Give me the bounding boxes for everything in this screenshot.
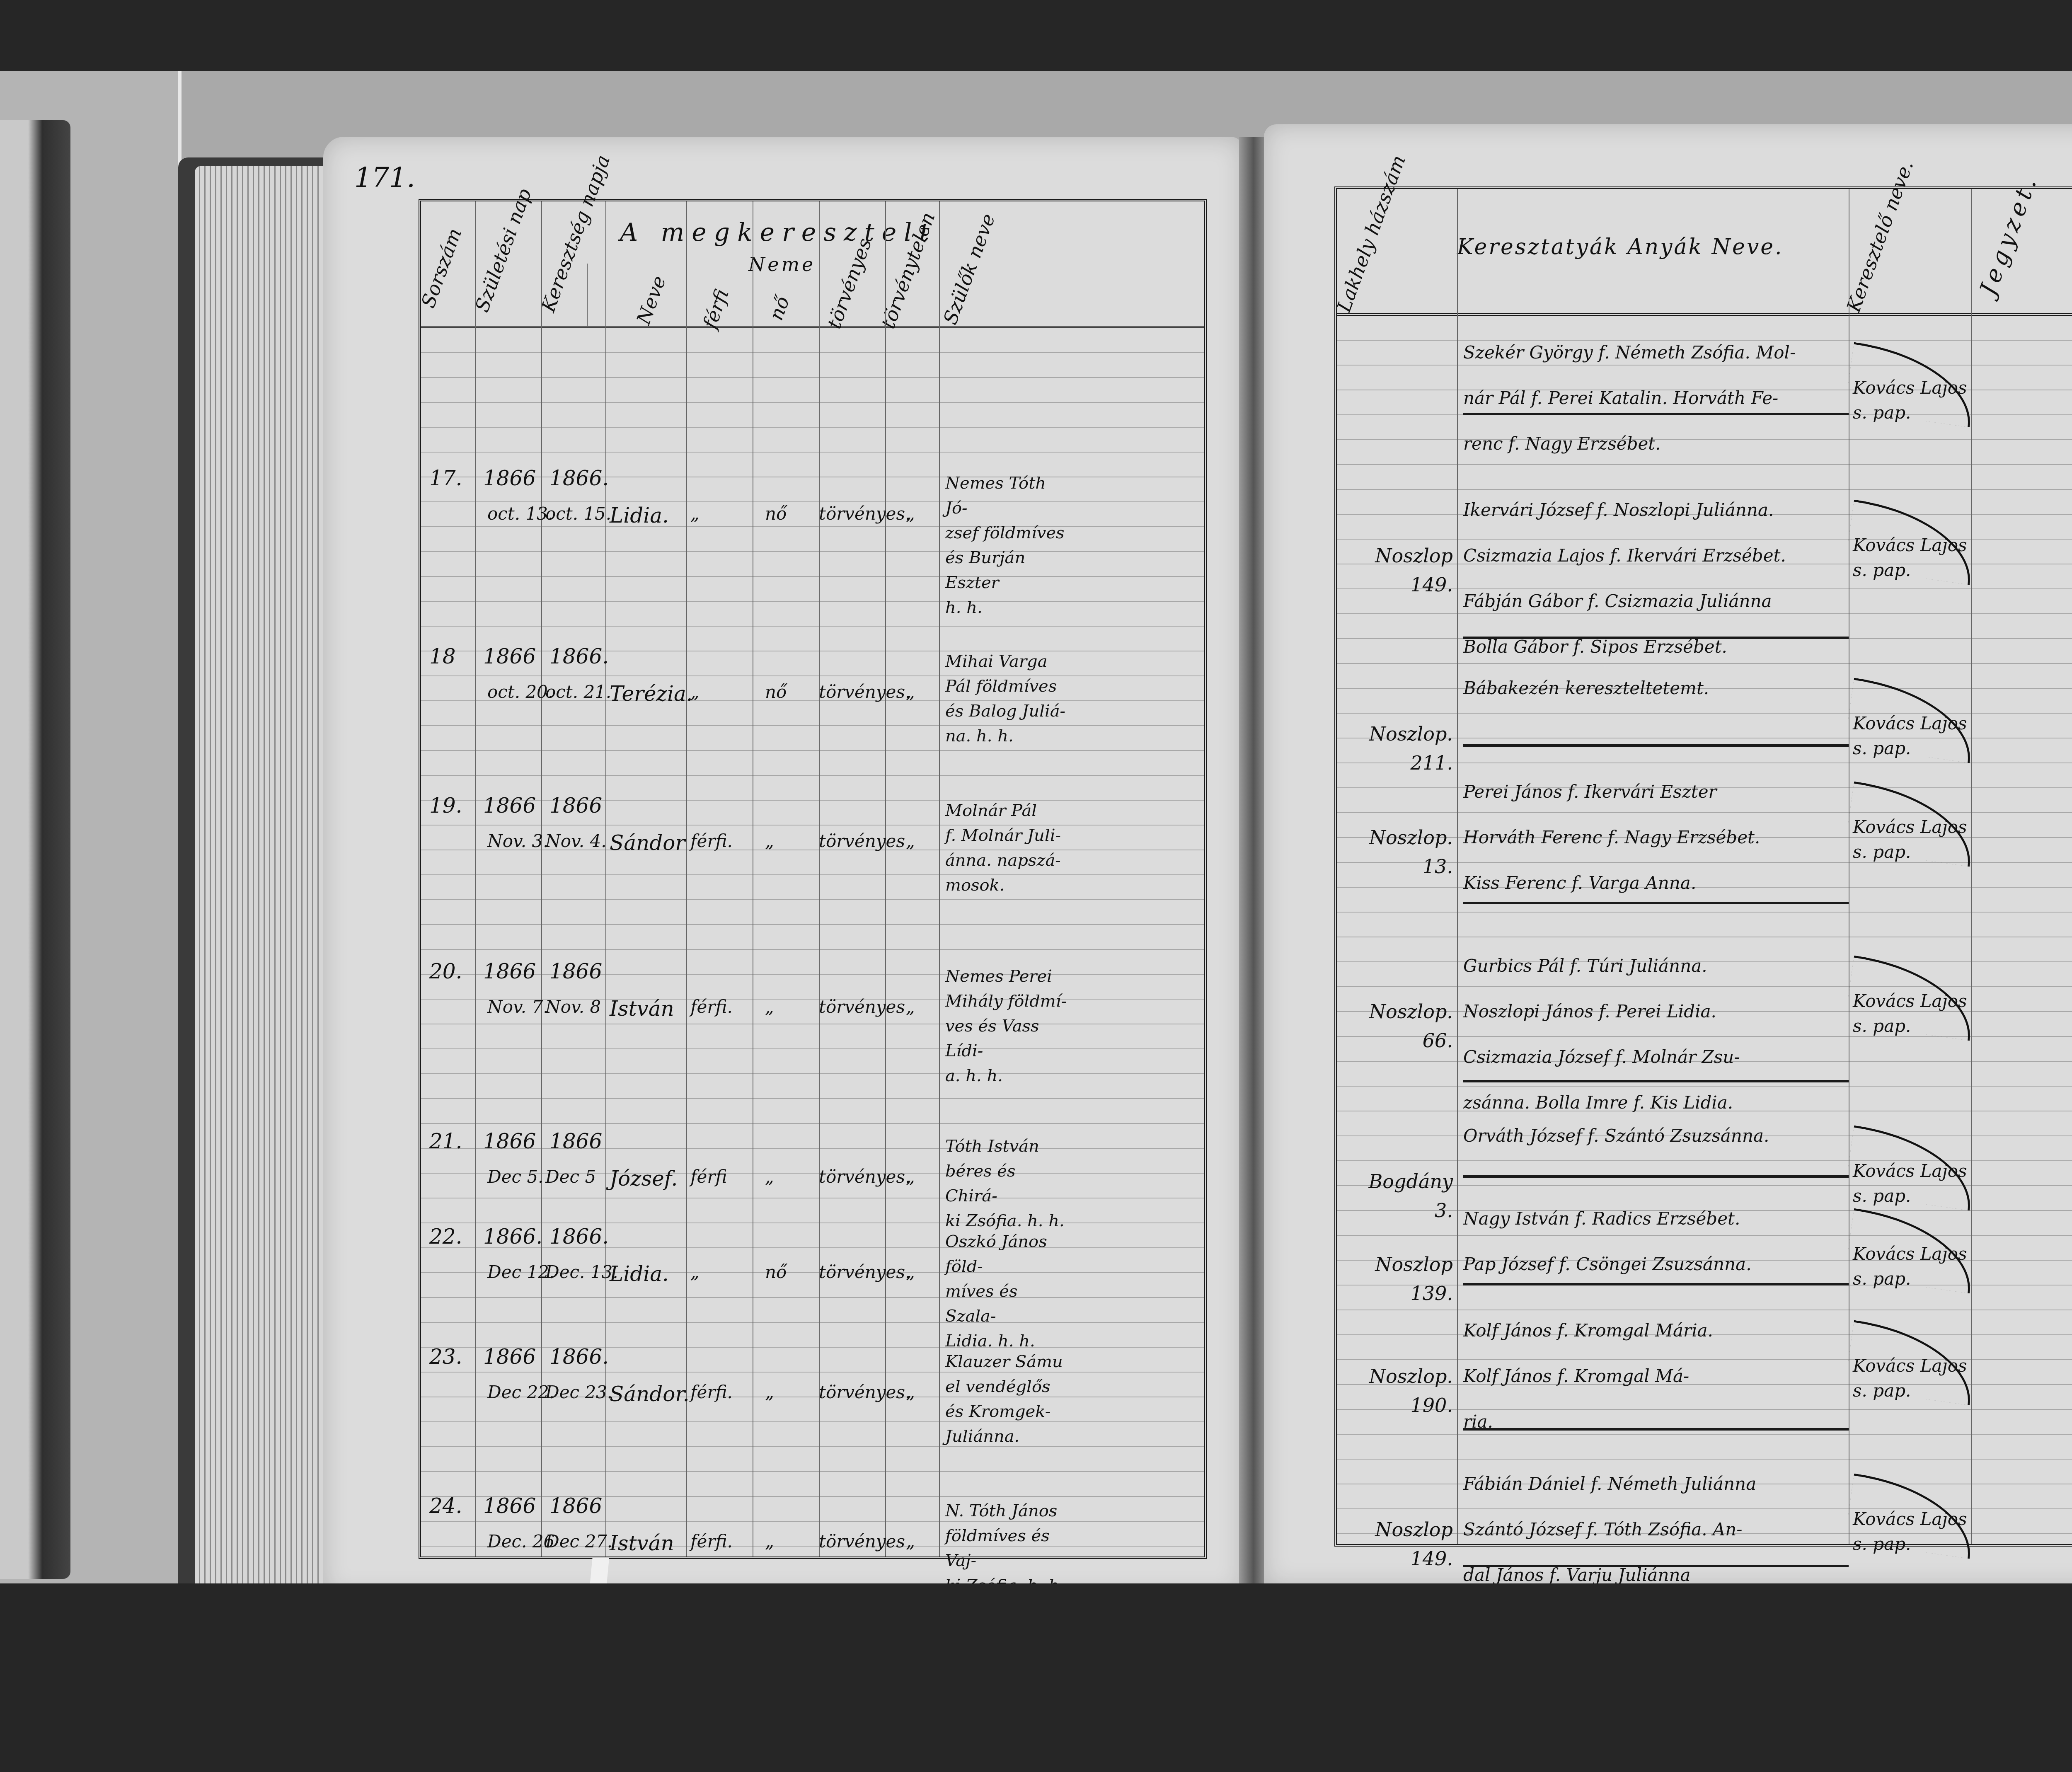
header-col-residence: Lakhely házszám — [1332, 152, 1410, 315]
child-name: Lidia. — [610, 1262, 669, 1286]
sex-female: „ — [765, 1532, 774, 1552]
entry-separator — [1463, 744, 1849, 747]
header-col-birth-date: Születési nap — [470, 186, 536, 315]
baptizer-signature: Kovács Lajos s. pap. — [1853, 375, 1990, 425]
residence: Noszlop. 13. — [1337, 823, 1453, 881]
baptism-day: Dec 5 — [545, 1167, 596, 1187]
baptizer-signature: Kovács Lajos s. pap. — [1853, 711, 1990, 761]
parents-names: Molnár Pál f. Molnár Juli- ánna. napszá-… — [945, 798, 1070, 898]
birth-day: Dec. 26 — [487, 1532, 554, 1552]
parents-names: N. Tóth János földmíves és Vaj- ki Zsófi… — [945, 1498, 1070, 1598]
baptism-year: 1866 — [549, 1494, 602, 1518]
sex-male: „ — [690, 504, 700, 524]
baptism-year: 1866. — [549, 645, 609, 669]
birth-year: 1866. — [483, 1225, 542, 1249]
birth-day: oct. 20. — [487, 682, 553, 702]
birth-year: 1866 — [483, 960, 536, 984]
sex-male: férfi. — [690, 997, 733, 1017]
baptism-day: Dec. 13. — [545, 1262, 618, 1282]
legitimacy: törvényes. — [819, 504, 910, 524]
child-name: József. — [610, 1167, 678, 1191]
sex-male: férfi. — [690, 1382, 733, 1402]
birth-day: Dec 22. — [487, 1382, 554, 1402]
parents-names: Tóth István béres és Chirá- ki Zsófia. h… — [945, 1134, 1070, 1233]
sex-female: „ — [765, 831, 774, 851]
header-col-female: nő — [765, 293, 794, 323]
residence: Bogdány 3. — [1337, 1167, 1453, 1225]
birth-day: oct. 13. — [487, 504, 553, 524]
entry-separator — [1463, 1565, 1849, 1567]
godparents: Bábakezén keresztelteteтt. — [1463, 666, 1849, 711]
parents-names: Mihai Varga Pál földmíves és Balog Juliá… — [945, 649, 1070, 748]
header-col-legitimate: törvényes — [823, 235, 876, 332]
residence: Noszlop 149. — [1337, 541, 1453, 599]
residence: Noszlop. 66. — [1337, 997, 1453, 1055]
film-border-bottom — [0, 1583, 2072, 1772]
table-header: A megkeresztelt Neme Sorszám Születési n… — [421, 201, 1204, 328]
birth-day: Dec 12. — [487, 1262, 554, 1282]
parents-names: Klauzer Sámu el vendéglős és Kromgek- Ju… — [945, 1349, 1070, 1449]
baptism-day: Dec 27. — [545, 1532, 612, 1552]
header-col-parents: Szülők neve — [939, 211, 1000, 327]
godparents: Ikervári József f. Noszlopi Juliánna. Cs… — [1463, 487, 1849, 670]
register-table-right: Lakhely házszám Keresztatyák Anyák Neve.… — [1334, 186, 2072, 1547]
entry-number: 20. — [429, 960, 462, 984]
parents-names: Oszkó János föld- míves és Szala- Lidia.… — [945, 1229, 1070, 1353]
entry-separator — [1463, 637, 1849, 639]
header-col-baptism-date: Keresztség napja — [537, 152, 614, 315]
legitimacy: törvényes — [819, 1532, 905, 1552]
baptizer-signature: Kovács Lajos s. pap. — [1853, 1242, 1990, 1291]
entry-separator — [1463, 1175, 1849, 1178]
header-col-godparents: Keresztatyák Anyák Neve. — [1457, 235, 1784, 259]
sex-female: nő — [765, 682, 787, 702]
child-name: Sándor. — [610, 1382, 690, 1406]
illegitimacy: „ — [906, 831, 915, 851]
sex-female: „ — [765, 1167, 774, 1187]
entry-number: 22. — [429, 1225, 462, 1249]
godparents: Orváth József f. Szántó Zsuzsánna. — [1463, 1113, 1849, 1159]
baptizer-signature: Kovács Lajos s. pap. — [1853, 989, 1990, 1039]
illegitimacy: „ — [906, 997, 915, 1017]
godparents: Szekér György f. Németh Zsófia. Mol- nár… — [1463, 330, 1849, 467]
illegitimacy: „ — [906, 504, 915, 524]
baptism-year: 1866 — [549, 794, 602, 818]
baptizer-signature: Kovács Lajos s. pap. — [1853, 1159, 1990, 1208]
legitimacy: törvényes — [819, 997, 905, 1017]
header-col-number: Sorszám — [416, 225, 466, 311]
legitimacy: törvényes. — [819, 1167, 910, 1187]
baptizer-signature: Kovács Lajos s. pap. — [1853, 533, 1990, 583]
sex-male: „ — [690, 682, 700, 702]
birth-year: 1866 — [483, 467, 536, 491]
residence: Noszlop. 211. — [1337, 719, 1453, 777]
birth-year: 1866 — [483, 645, 536, 669]
residence: Noszlop 149. — [1337, 1515, 1453, 1573]
header-col-baptizer: Keresztelő neve. — [1842, 157, 1917, 315]
entry-separator — [1463, 1428, 1849, 1431]
sex-male: férfi. — [690, 831, 733, 851]
baptism-year: 1866. — [549, 467, 609, 491]
child-name: István — [610, 1532, 674, 1556]
illegitimacy: „ — [906, 1382, 915, 1402]
illegitimacy: „ — [906, 1167, 915, 1187]
baptizer-signature: Kovács Lajos s. pap. — [1853, 1353, 1990, 1403]
baptism-day: Nov. 8 — [545, 997, 601, 1017]
sex-female: „ — [765, 1382, 774, 1402]
baptism-year: 1866. — [549, 1225, 609, 1249]
page-block-left — [195, 166, 327, 1608]
entry-number: 18 — [429, 645, 456, 669]
page-number: 171. — [354, 162, 415, 194]
baptism-day: Dec 23. — [545, 1382, 612, 1402]
baptizer-signature: Kovács Lajos s. pap. — [1853, 1507, 1990, 1557]
baptism-year: 1866 — [549, 960, 602, 984]
birth-year: 1866 — [483, 1494, 536, 1518]
legitimacy: törvényes. — [819, 1382, 910, 1402]
entry-separator — [1463, 902, 1849, 904]
illegitimacy: „ — [906, 1532, 915, 1552]
godparents: Perei János f. Ikervári Eszter Horváth F… — [1463, 769, 1849, 906]
legitimacy: törvényes. — [819, 682, 910, 702]
child-name: Lidia. — [610, 504, 669, 528]
header-col-notes: Jegyzet. — [1975, 170, 2043, 299]
header-col-name: Neve — [632, 273, 670, 327]
baptism-day: oct. 21. — [545, 682, 611, 702]
entry-separator — [1463, 413, 1849, 415]
baptism-day: Nov. 4. — [545, 831, 607, 851]
godparents: Fábián Dániel f. Németh Juliánna Szántó … — [1463, 1461, 1849, 1598]
birth-year: 1866 — [483, 1130, 536, 1154]
register-page-left: 171. A megkeresztelt Neme Sorszám Szület… — [323, 137, 1243, 1595]
parents-names: Nemes Tóth Jó- zsef földmíves és Burján … — [945, 471, 1070, 620]
header-sex-title: Neme — [748, 253, 816, 276]
register-page-right: 172. Lakhely házszám Keresztatyák Anyák … — [1264, 124, 2072, 1587]
entry-separator — [1463, 1080, 1849, 1082]
table-header: Lakhely házszám Keresztatyák Anyák Neve.… — [1337, 189, 2072, 316]
entry-number: 24. — [429, 1494, 462, 1518]
illegitimacy: „ — [906, 682, 915, 702]
film-border-top — [0, 0, 2072, 71]
legitimacy: törvényes — [819, 831, 905, 851]
baptizer-signature: Kovács Lajos s. pap. — [1853, 815, 1990, 864]
sex-female: „ — [765, 997, 774, 1017]
header-col-male: férfi — [698, 286, 733, 332]
sex-male: „ — [690, 1262, 700, 1282]
residence: Noszlop 139. — [1337, 1250, 1453, 1308]
godparents: Kolf János f. Kromgal Mária. Kolf János … — [1463, 1308, 1849, 1445]
birth-day: Nov. 7. — [487, 997, 549, 1017]
godparents: Gurbics Pál f. Túri Juliánna. Noszlopi J… — [1463, 943, 1849, 1126]
child-name: István — [610, 997, 674, 1021]
baptism-day: oct. 15. — [545, 504, 611, 524]
header-group-title: A megkeresztelt — [620, 218, 937, 247]
sex-female: nő — [765, 1262, 787, 1282]
birth-day: Nov. 3. — [487, 831, 549, 851]
entry-number: 21. — [429, 1130, 462, 1154]
baptism-year: 1866 — [549, 1130, 602, 1154]
parents-names: Nemes Perei Mihály földmí- ves és Vass L… — [945, 964, 1070, 1088]
birth-year: 1866 — [483, 794, 536, 818]
child-name: Terézia. — [610, 682, 693, 706]
birth-year: 1866 — [483, 1345, 536, 1369]
godparents: Nagy István f. Radics Erzsébet. Pap Józs… — [1463, 1196, 1849, 1287]
sex-male: férfi. — [690, 1532, 733, 1552]
child-name: Sándor — [610, 831, 685, 855]
sex-female: nő — [765, 504, 787, 524]
entry-separator — [1463, 1283, 1849, 1285]
entry-number: 23. — [429, 1345, 462, 1369]
entry-number: 19. — [429, 794, 462, 818]
birth-day: Dec 5. — [487, 1167, 543, 1187]
residence: Noszlop. 190. — [1337, 1362, 1453, 1420]
entry-number: 17. — [429, 467, 462, 491]
adjacent-book-edge — [0, 120, 70, 1579]
baptism-year: 1866. — [549, 1345, 609, 1369]
illegitimacy: „ — [906, 1262, 915, 1282]
legitimacy: törvényes. — [819, 1262, 910, 1282]
sex-male: férfi — [690, 1167, 727, 1187]
register-table-left: A megkeresztelt Neme Sorszám Születési n… — [419, 199, 1207, 1559]
